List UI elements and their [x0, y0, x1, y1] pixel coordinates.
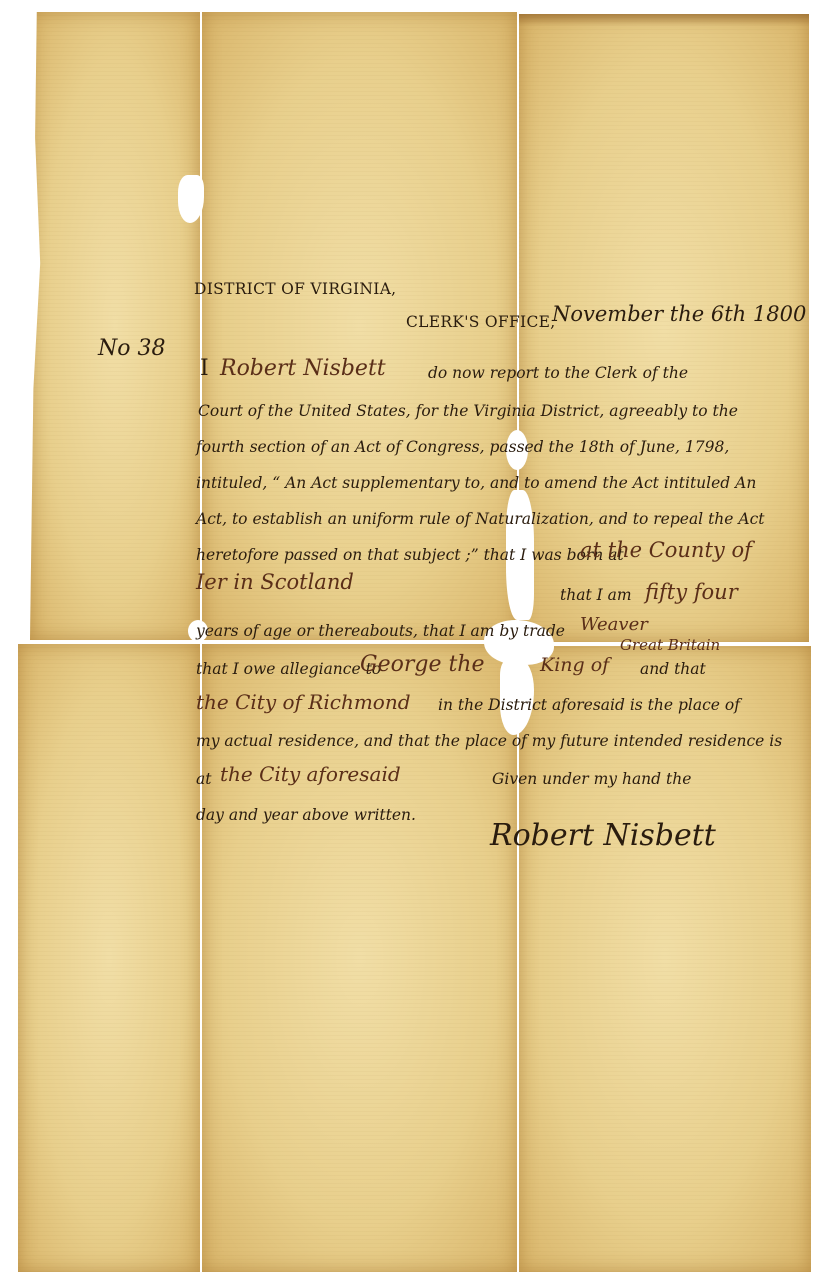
- handwritten-future-residence: the City aforesaid: [220, 762, 401, 786]
- paper-panel-top-left: [30, 12, 200, 640]
- body-line: heretofore passed on that subject ;” tha…: [196, 546, 624, 564]
- document-sheet: No 38 DISTRICT OF VIRGINIA, CLERK'S OFFI…: [0, 0, 820, 1280]
- body-line: do now report to the Clerk of the: [428, 364, 688, 382]
- paper-panel-bottom-left: [18, 644, 200, 1272]
- handwritten-name: Robert Nisbett: [220, 356, 386, 381]
- district-heading: DISTRICT OF VIRGINIA,: [194, 280, 396, 298]
- body-line: that I owe allegiance to: [196, 660, 381, 678]
- body-line: and that: [640, 660, 706, 678]
- handwritten-residence: the City of Richmond: [196, 690, 411, 714]
- body-line: fourth section of an Act of Congress, pa…: [196, 438, 729, 456]
- body-line: my actual residence, and that the place …: [196, 732, 782, 750]
- paper-tear: [178, 175, 204, 223]
- handwritten-age: fifty four: [645, 580, 738, 604]
- pronoun-i: I: [200, 356, 209, 381]
- handwritten-trade: Weaver: [580, 614, 648, 635]
- handwritten-nation: Great Britain: [620, 636, 720, 654]
- document-number: No 38: [98, 336, 165, 361]
- body-line: in the District aforesaid is the place o…: [438, 696, 740, 714]
- body-line: day and year above written.: [196, 806, 416, 824]
- body-line: at: [196, 770, 211, 788]
- body-line: intituled, “ An Act supplementary to, an…: [196, 474, 756, 492]
- body-line: Act, to establish an uniform rule of Nat…: [196, 510, 764, 528]
- body-line: Given under my hand the: [492, 770, 691, 788]
- handwritten-date: November the 6th 1800: [552, 302, 806, 326]
- signature: Robert Nisbett: [490, 818, 716, 853]
- body-line: Court of the United States, for the Virg…: [198, 402, 738, 420]
- handwritten-birthplace: at the County of: [580, 538, 752, 562]
- clerks-office-heading: CLERK'S OFFICE,: [406, 313, 555, 331]
- body-line: years of age or thereabouts, that I am b…: [196, 622, 565, 640]
- handwritten-sovereign-title: King of: [540, 654, 609, 676]
- handwritten-sovereign: George the: [360, 652, 484, 677]
- body-line: that I am: [560, 586, 632, 604]
- handwritten-birthplace-country: Ier in Scotland: [196, 570, 354, 594]
